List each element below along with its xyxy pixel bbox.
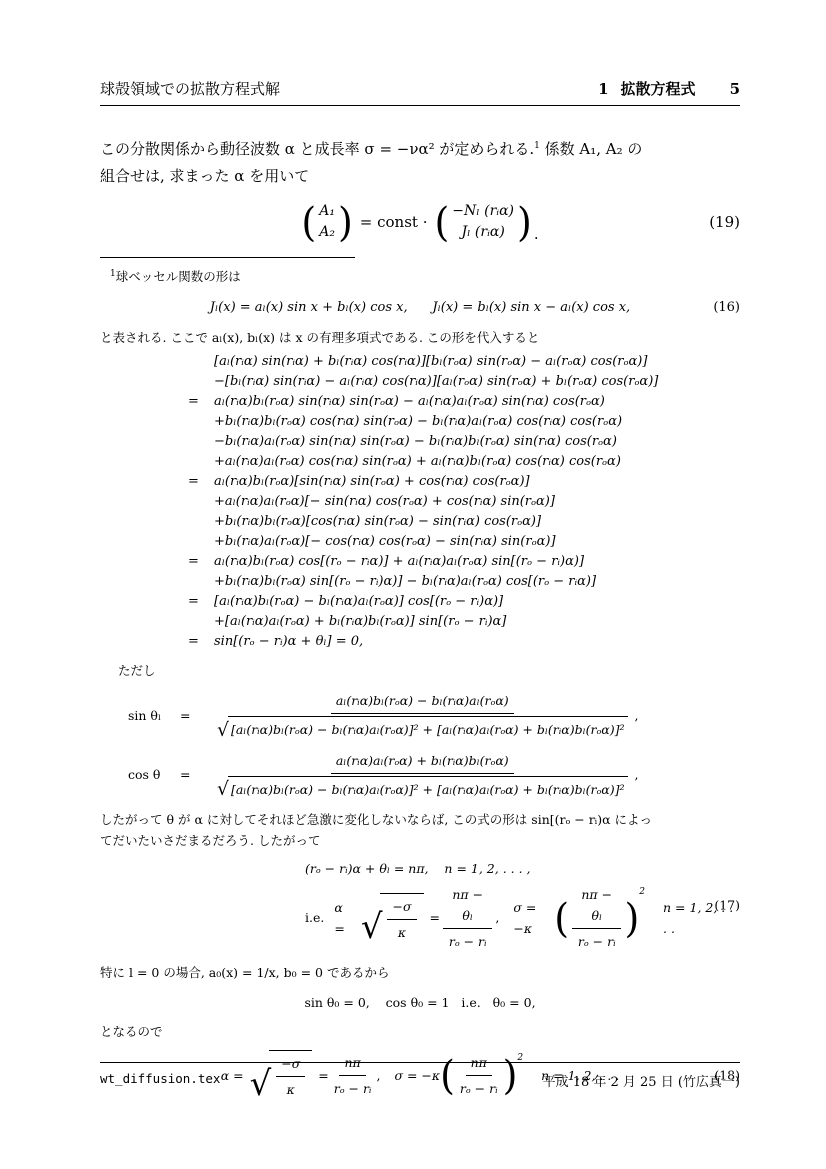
derivation-equals [188,352,214,372]
derivation-expression: aₗ(rᵢα)bₗ(rₒα) sin(rᵢα) sin(rₒα) − aₗ(rᵢ… [214,392,605,412]
derivation-line: = aₗ(rᵢα)bₗ(rₒα)[sin(rᵢα) sin(rₒα) + cos… [188,472,740,492]
equation-16: Jₗ(x) = aₗ(x) sin x + bₗ(x) cos x, Jₗ(x)… [100,297,740,319]
close-paren: ) [624,898,639,938]
main-paragraph-line1b: 係数 A₁, A₂ の [540,140,643,158]
derivation-line: +bₗ(rᵢα)bₗ(rₒα)[cos(rᵢα) sin(rₒα) − sin(… [188,512,740,532]
equation-16-body: Jₗ(x) = aₗ(x) sin x + bₗ(x) cos x, Jₗ(x)… [210,297,630,319]
footer-filename: wt_diffusion.tex [100,1071,220,1090]
footnote-paragraph-2: したがって θ が α に対してそれほど急激に変化しないならば, この式の形は … [100,809,740,852]
derivation-line: +aₗ(rᵢα)aₗ(rₒα)[− sin(rᵢα) cos(rₒα) + co… [188,492,740,512]
derivation-line: = aₗ(rᵢα)bₗ(rₒα) cos[(rₒ − rᵢα)] + aₗ(rᵢ… [188,552,740,572]
running-header: 球殻領域での拡散方程式解 1 拡散方程式 5 [100,78,740,99]
equation-17-line1: (rₒ − rᵢ)α + θₗ = nπ, n = 1, 2, . . . , [305,858,740,880]
theta0-equation: sin θ₀ = 0, cos θ₀ = 1 i.e. θ₀ = 0, [100,992,740,1013]
derivation-equals [188,512,214,532]
footnote-intro: 1球ベッセル関数の形は [100,266,740,287]
open-paren: ( [301,202,316,242]
radicand: −σ κ [380,893,423,944]
derivation-expression: sin[(rₒ − rᵢ)α + θₗ] = 0, [214,632,363,652]
derivation-equals [188,412,214,432]
derivation-expression: −[bₗ(rᵢα) sin(rᵢα) − aₗ(rᵢα) cos(rᵢα)][a… [214,372,658,392]
radical-sign: √ [361,911,383,943]
derivation-expression: aₗ(rᵢα)bₗ(rₒα) cos[(rₒ − rᵢα)] + aₗ(rᵢα)… [214,552,584,572]
derivation-expression: +bₗ(rᵢα)bₗ(rₒα)[cos(rᵢα) sin(rₒα) − sin(… [214,512,541,532]
equation-19: ( A₁ A₂ ) = const · ( −Nₗ (rᵢα) Jₗ (rᵢα)… [100,201,740,243]
cos-theta-lhs: cos θ [128,764,180,785]
sin-theta-denominator: √ [aₗ(rᵢα)bₗ(rₒα) − bₗ(rᵢα)aₗ(rₒα)]² + [… [215,714,630,740]
derivation-equals: = [188,392,214,412]
derivation-expression: [aₗ(rᵢα) sin(rᵢα) + bₗ(rᵢα) cos(rᵢα)][bₗ… [214,352,647,372]
derivation-equals [188,372,214,392]
cos-theta-numerator: aₗ(rᵢα)aₗ(rₒα) + bₗ(rᵢα)bₗ(rₒα) [331,750,514,774]
header-left-title: 球殻領域での拡散方程式解 [100,78,280,99]
page-footer: wt_diffusion.tex 平成 18 年 2 月 25 日 (竹広真一) [100,1062,740,1090]
vector-entry-a2: A₂ [319,222,335,243]
derivation-equals [188,452,214,472]
derivation-expression: +aₗ(rᵢα)aₗ(rₒα)[− sin(rᵢα) cos(rₒα) + co… [214,492,555,512]
fraction-numerator: −σ [387,896,416,920]
vector-rhs: ( −Nₗ (rᵢα) Jₗ (rᵢα) ) [434,201,531,243]
alpha-equals: α = [334,897,354,940]
derivation-equals [188,492,214,512]
derivation-expression: aₗ(rᵢα)bₗ(rₒα)[sin(rᵢα) sin(rₒα) + cos(r… [214,472,530,492]
derivation-expression: +bₗ(rᵢα)bₗ(rₒα) sin[(rₒ − rᵢ)α)] − bₗ(rᵢ… [214,572,596,592]
close-paren: ) [338,202,353,242]
sigma-kappa-fraction: −σ κ [387,896,416,944]
derivation-line: −[bₗ(rᵢα) sin(rᵢα) − aₗ(rᵢα) cos(rᵢα)][a… [188,372,740,392]
cos-theta-equation: cos θ = aₗ(rᵢα)aₗ(rₒα) + bₗ(rᵢα)bₗ(rₒα) … [128,750,740,801]
tadashi-label: ただし [100,660,740,681]
fraction-numerator: nπ − θₗ [443,884,492,930]
header-section-number: 1 [598,80,608,98]
derivation-expression: +[aₗ(rᵢα)aₗ(rₒα) + bₗ(rᵢα)bₗ(rₒα)] sin[(… [214,612,506,632]
equation-17-number: (17) [714,894,740,915]
squared-fraction: nπ − θₗ rₒ − rᵢ [572,884,621,953]
derivation-expression: +bₗ(rᵢα)aₗ(rₒα)[− cos(rᵢα) cos(rₒα) − si… [214,532,556,552]
derivation-expression: +bₗ(rᵢα)bₗ(rₒα) cos(rᵢα) sin(rₒα) − bₗ(r… [214,412,622,432]
derivation-equals [188,532,214,552]
header-page-number: 5 [730,80,740,98]
derivation-line: +bₗ(rᵢα)bₗ(rₒα) cos(rᵢα) sin(rₒα) − bₗ(r… [188,412,740,432]
derivation-equals: = [188,552,214,572]
open-paren: ( [434,202,449,242]
header-section-title: 拡散方程式 [621,78,696,99]
equation-17: (rₒ − rᵢ)α + θₗ = nπ, n = 1, 2, . . . , … [100,858,740,953]
derivation-line: +[aₗ(rᵢα)aₗ(rₒα) + bₗ(rᵢα)bₗ(rₒα)] sin[(… [188,612,740,632]
ie-label: i.e. [305,907,324,928]
footnote-intro-text: 球ベッセル関数の形は [116,269,241,284]
comma: , [635,764,639,785]
sin-theta-equation: sin θₗ = aₗ(rᵢα)bₗ(rₒα) − bₗ(rᵢα)aₗ(rₒα)… [128,690,740,741]
footnote-rule [100,257,355,258]
npi-theta-fraction: nπ − θₗ rₒ − rᵢ [443,884,492,953]
equation-19-period: . [534,225,539,243]
main-paragraph-line1a: この分散関係から動径波数 α と成長率 σ = −να² が定められる. [100,140,534,158]
footnote: 1球ベッセル関数の形は Jₗ(x) = aₗ(x) sin x + bₗ(x) … [100,266,740,1100]
derivation-expression: +aₗ(rᵢα)aₗ(rₒα) cos(rᵢα) sin(rₒα) + aₗ(r… [214,452,621,472]
equation-16-number: (16) [713,297,740,319]
derivation-line: [aₗ(rᵢα) sin(rᵢα) + bₗ(rᵢα) cos(rᵢα)][bₗ… [188,352,740,372]
equation-19-middle: = const · [360,213,428,231]
equals-sign: = [430,907,440,928]
exponent-2: 2 [639,885,645,900]
derivation-equals: = [188,472,214,492]
fraction-denominator: rₒ − rᵢ [576,929,618,952]
header-right: 1 拡散方程式 5 [598,78,740,99]
fraction-denominator: κ [396,920,408,943]
comma: , [635,705,639,726]
derivation-equals [188,612,214,632]
vector-entry-neumann: −Nₗ (rᵢα) [452,201,514,222]
equation-17-inner: (rₒ − rᵢ)α + θₗ = nπ, n = 1, 2, . . . , … [305,858,740,953]
fraction-denominator: rₒ − rᵢ [447,929,489,952]
derivation-expression: [aₗ(rᵢα)bₗ(rₒα) − bₗ(rᵢα)aₗ(rₒα)] cos[(r… [214,592,503,612]
derivation-line: +aₗ(rᵢα)aₗ(rₒα) cos(rᵢα) sin(rₒα) + aₗ(r… [188,452,740,472]
footnote-paragraph-4: となるので [100,1021,740,1042]
footnote-after-eq16: と表される. ここで aₗ(x), bₗ(x) は x の有理多項式である. こ… [100,327,740,348]
equals-sign: = [180,705,212,726]
vector-rhs-entries: −Nₗ (rᵢα) Jₗ (rᵢα) [449,201,517,243]
page-content: 球殻領域での拡散方程式解 1 拡散方程式 5 この分散関係から動径波数 α と成… [100,78,740,1101]
cos-theta-fraction: aₗ(rᵢα)aₗ(rₒα) + bₗ(rᵢα)bₗ(rₒα) √ [aₗ(rᵢ… [215,750,630,801]
square-root: √ [aₗ(rᵢα)bₗ(rₒα) − bₗ(rᵢα)aₗ(rₒα)]² + [… [217,776,628,800]
equation-17-line2: i.e. α = √ −σ κ [305,884,740,953]
main-paragraph: この分散関係から動径波数 α と成長率 σ = −να² が定められる.1 係数… [100,136,740,189]
derivation-line: +bₗ(rᵢα)bₗ(rₒα) sin[(rₒ − rᵢ)α)] − bₗ(rᵢ… [188,572,740,592]
vector-entry-a1: A₁ [319,201,335,222]
cos-theta-denominator: √ [aₗ(rᵢα)bₗ(rₒα) − bₗ(rᵢα)aₗ(rₒα)]² + [… [215,774,630,800]
document-page: 球殻領域での拡散方程式解 1 拡散方程式 5 この分散関係から動径波数 α と成… [0,0,826,1169]
radicand: [aₗ(rᵢα)bₗ(rₒα) − bₗ(rᵢα)aₗ(rₒα)]² + [aₗ… [228,716,628,740]
vector-entry-bessel: Jₗ (rᵢα) [461,222,504,243]
footnote-paragraph-2-line2: てだいたいさだまるだろう. したがって [100,833,320,848]
footnote-derivation: [aₗ(rᵢα) sin(rᵢα) + bₗ(rᵢα) cos(rᵢα)][bₗ… [188,352,740,652]
equation-19-number: (19) [709,213,740,231]
derivation-line: = sin[(rₒ − rᵢ)α + θₗ] = 0, [188,632,740,652]
footer-date-author: 平成 18 年 2 月 25 日 (竹広真一) [543,1071,740,1090]
fraction-numerator: nπ − θₗ [572,884,621,930]
square-root: √ [aₗ(rᵢα)bₗ(rₒα) − bₗ(rᵢα)aₗ(rₒα)]² + [… [217,716,628,740]
sin-theta-lhs: sin θₗ [128,705,180,726]
vector-lhs-entries: A₁ A₂ [316,201,338,243]
derivation-equals: = [188,592,214,612]
header-rule [100,105,740,106]
main-paragraph-line2: 組合せは, 求まった α を用いて [100,167,309,185]
footnote-paragraph-3: 特に l = 0 の場合, a₀(x) = 1/x, b₀ = 0 であるから [100,962,740,983]
radicand: [aₗ(rᵢα)bₗ(rₒα) − bₗ(rᵢα)aₗ(rₒα)]² + [aₗ… [228,776,628,800]
derivation-equals: = [188,632,214,652]
footer-row: wt_diffusion.tex 平成 18 年 2 月 25 日 (竹広真一) [100,1063,740,1090]
square-root: √ −σ κ [361,893,424,944]
derivation-line: = [aₗ(rᵢα)bₗ(rₒα) − bₗ(rᵢα)aₗ(rₒα)] cos[… [188,592,740,612]
derivation-equals [188,432,214,452]
sigma-equals: σ = −κ [513,897,554,940]
vector-lhs: ( A₁ A₂ ) [301,201,352,243]
close-paren: ) [517,202,532,242]
equals-sign: = [180,764,212,785]
comma: , [495,907,499,928]
derivation-expression: −bₗ(rᵢα)aₗ(rₒα) sin(rᵢα) sin(rₒα) − bₗ(r… [214,432,617,452]
derivation-line: −bₗ(rᵢα)aₗ(rₒα) sin(rᵢα) sin(rₒα) − bₗ(r… [188,432,740,452]
sin-theta-fraction: aₗ(rᵢα)bₗ(rₒα) − bₗ(rᵢα)aₗ(rₒα) √ [aₗ(rᵢ… [215,690,630,741]
derivation-line: = aₗ(rᵢα)bₗ(rₒα) sin(rᵢα) sin(rₒα) − aₗ(… [188,392,740,412]
footnote-paragraph-2-line1: したがって θ が α に対してそれほど急激に変化しないならば, この式の形は … [100,812,652,827]
open-paren: ( [554,898,569,938]
derivation-line: +bₗ(rᵢα)aₗ(rₒα)[− cos(rᵢα) cos(rₒα) − si… [188,532,740,552]
sin-theta-numerator: aₗ(rᵢα)bₗ(rₒα) − bₗ(rᵢα)aₗ(rₒα) [331,690,514,714]
derivation-equals [188,572,214,592]
